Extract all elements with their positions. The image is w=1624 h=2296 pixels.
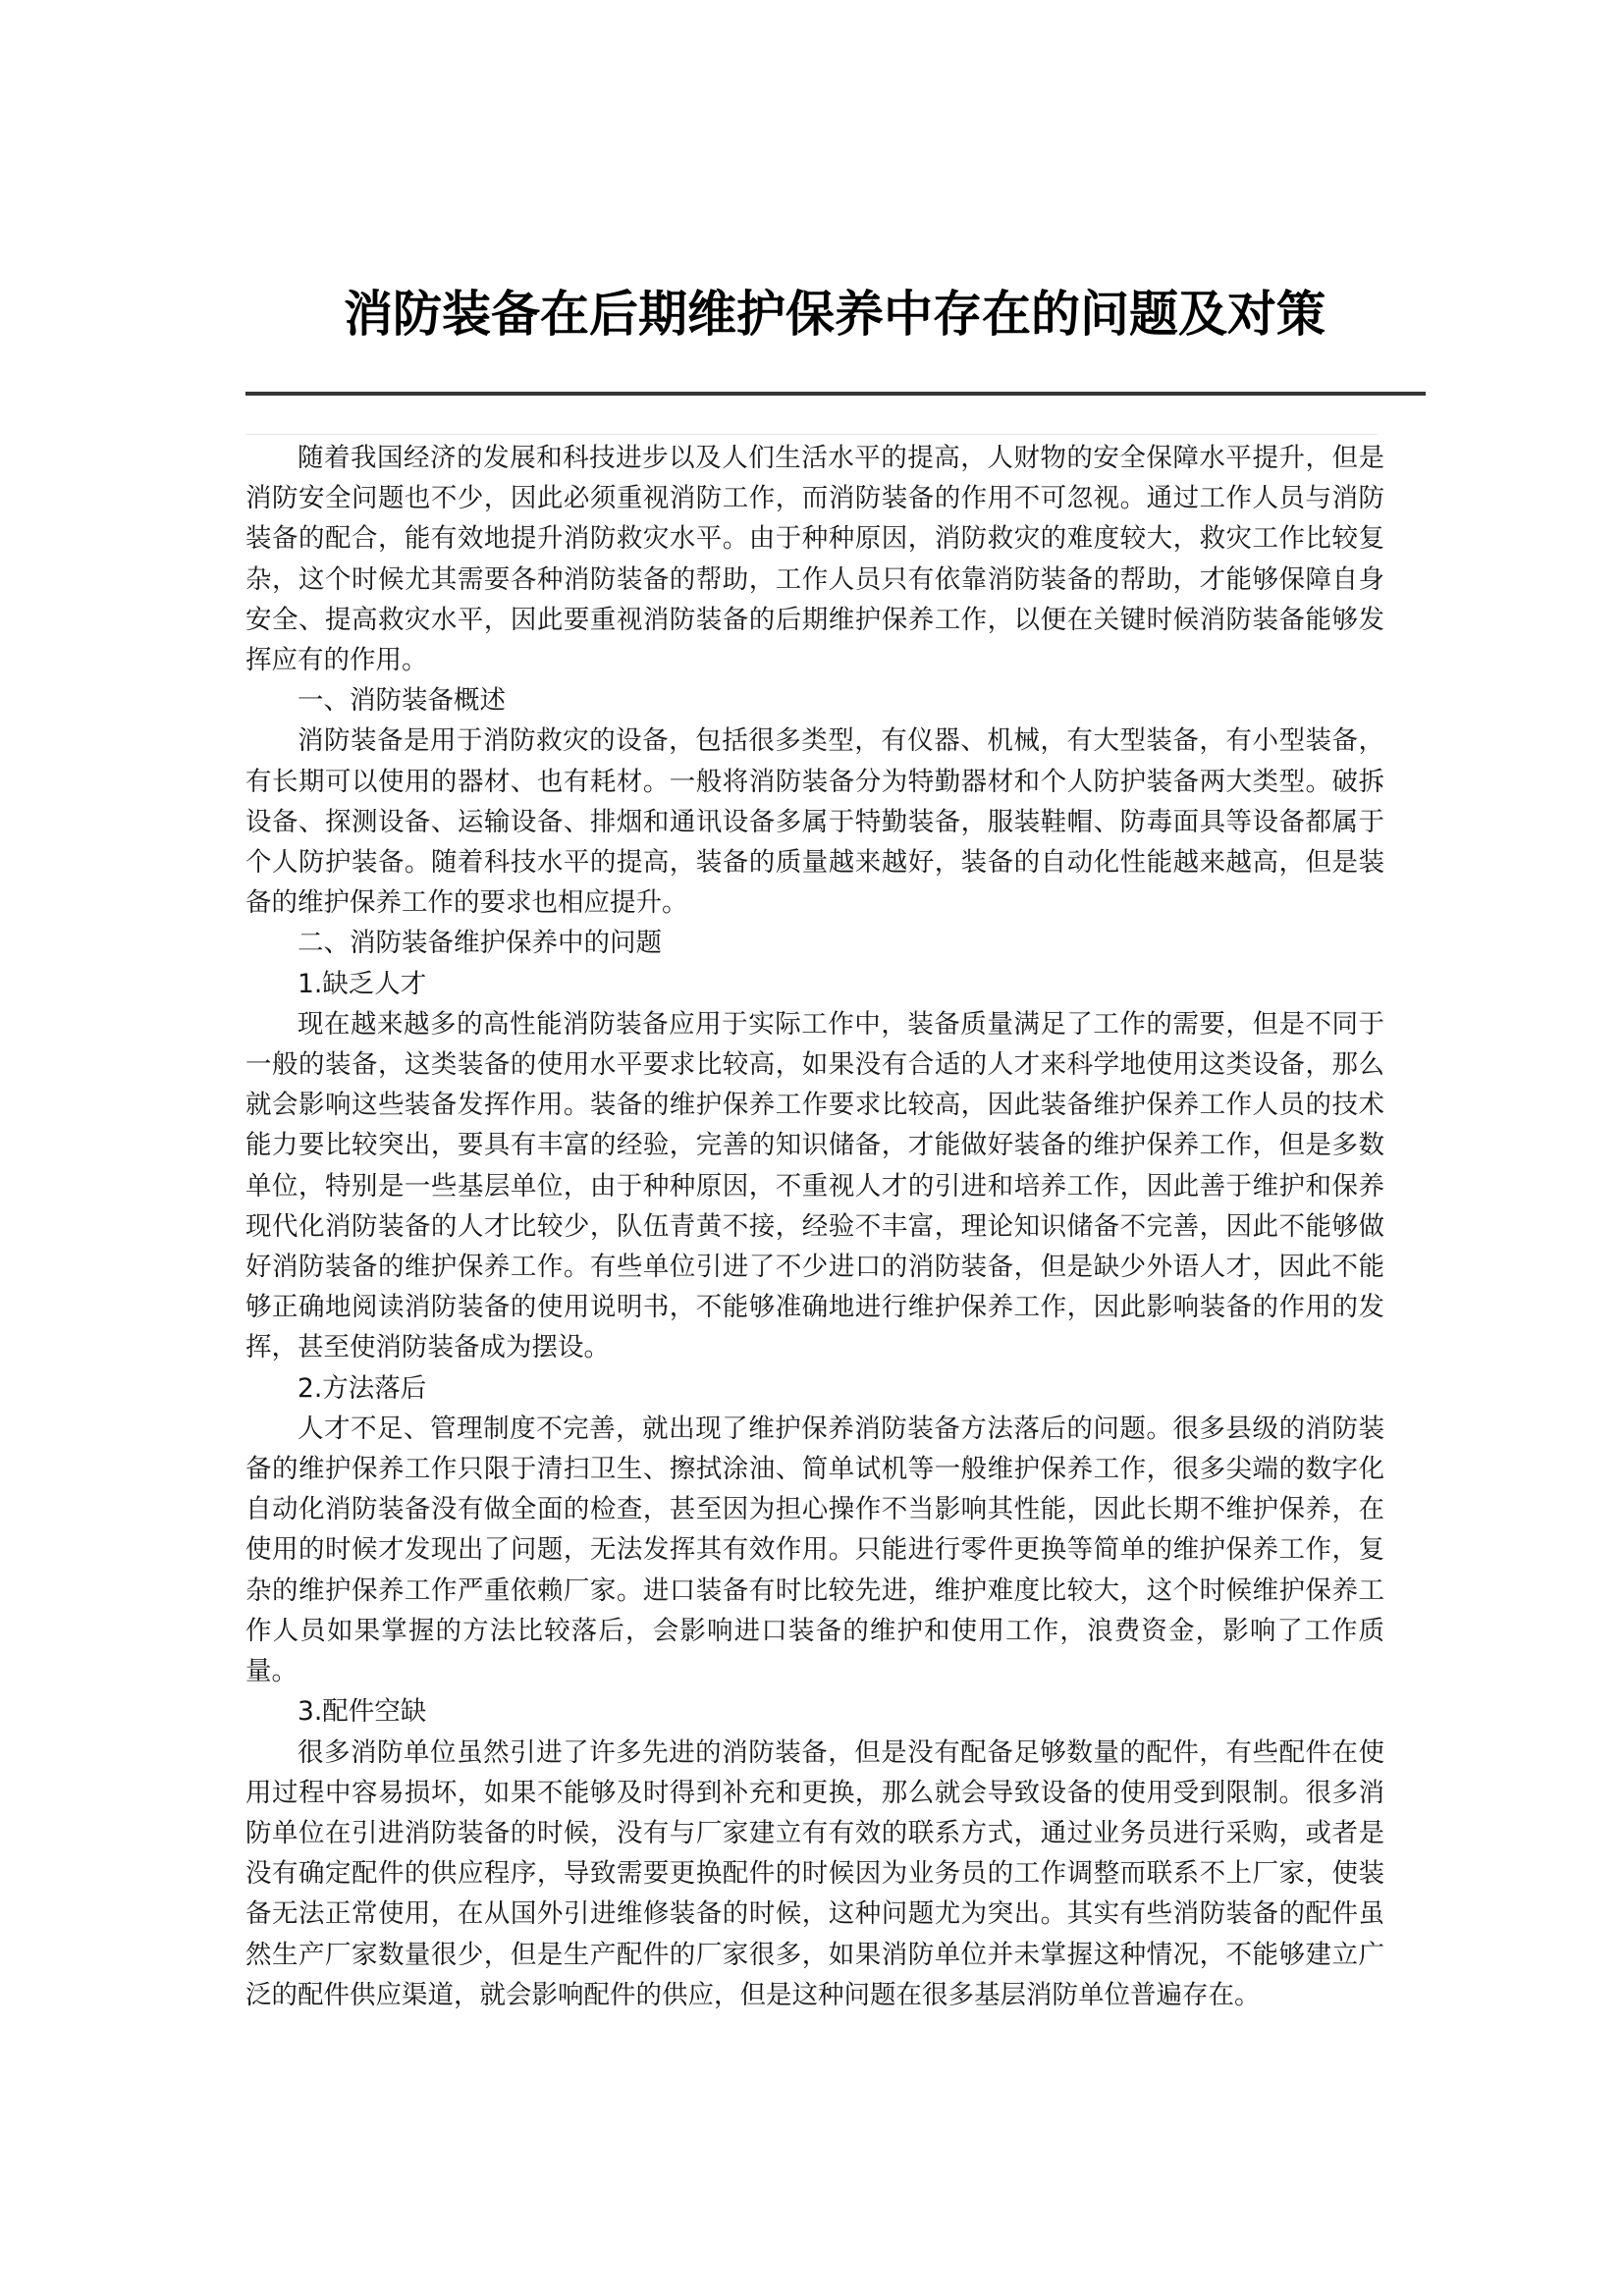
faint-divider xyxy=(245,434,1378,435)
section-heading-overview: 一、消防装备概述 xyxy=(245,680,1384,721)
article-body: 随着我国经济的发展和科技进步以及人们生活水平的提高，人财物的安全保障水平提升，但… xyxy=(245,438,1384,2015)
subheading-outdated-methods: 2.方法落后 xyxy=(245,1368,1384,1409)
page-title: 消防装备在后期维护保养中存在的问题及对策 xyxy=(245,280,1424,348)
section-heading-problems: 二、消防装备维护保养中的问题 xyxy=(245,923,1384,963)
title-divider xyxy=(245,392,1426,396)
outdated-methods-paragraph: 人才不足、管理制度不完善，就出现了维护保养消防装备方法落后的问题。很多县级的消防… xyxy=(245,1409,1384,1691)
lack-of-talent-paragraph: 现在越来越多的高性能消防装备应用于实际工作中，装备质量满足了工作的需要，但是不同… xyxy=(245,1004,1384,1368)
overview-paragraph: 消防装备是用于消防救灾的设备，包括很多类型，有仪器、机械，有大型装备，有小型装备… xyxy=(245,721,1384,923)
subheading-parts-shortage: 3.配件空缺 xyxy=(245,1691,1384,1732)
subheading-lack-of-talent: 1.缺乏人才 xyxy=(245,964,1384,1004)
parts-shortage-paragraph: 很多消防单位虽然引进了许多先进的消防装备，但是没有配备足够数量的配件，有些配件在… xyxy=(245,1733,1384,2015)
intro-paragraph: 随着我国经济的发展和科技进步以及人们生活水平的提高，人财物的安全保障水平提升，但… xyxy=(245,438,1384,680)
